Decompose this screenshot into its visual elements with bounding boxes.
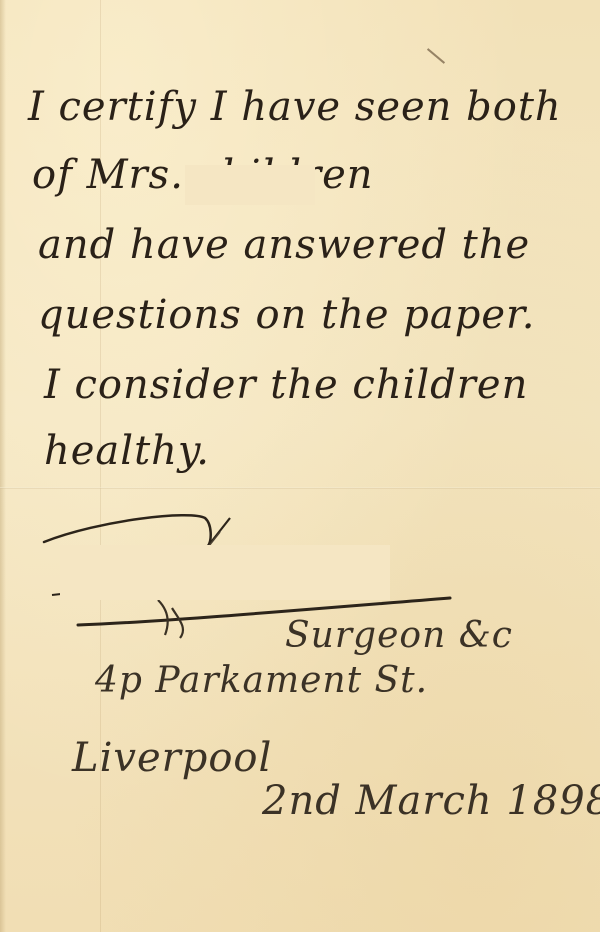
- body-line-3: and have answered the: [38, 222, 530, 268]
- redacted-patient-name: [185, 165, 315, 205]
- body-line-5: I consider the children: [44, 362, 528, 408]
- signatory-role: Surgeon &c: [285, 615, 513, 656]
- redacted-signature-name: [60, 545, 390, 600]
- body-line-6: healthy.: [44, 428, 210, 474]
- paper-crease-mark: [427, 48, 445, 64]
- letter-date: 2nd March 1898: [262, 778, 600, 824]
- body-line-4: questions on the paper.: [38, 292, 535, 338]
- signatory-address: 4p Parkament St.: [95, 660, 428, 701]
- paper-left-edge: [0, 0, 6, 932]
- letter-page: I certify I have seen both of Mrs. child…: [0, 0, 600, 932]
- body-line-1: I certify I have seen both: [28, 84, 562, 130]
- paper-fold-horizontal: [0, 487, 600, 489]
- signatory-city: Liverpool: [72, 735, 272, 781]
